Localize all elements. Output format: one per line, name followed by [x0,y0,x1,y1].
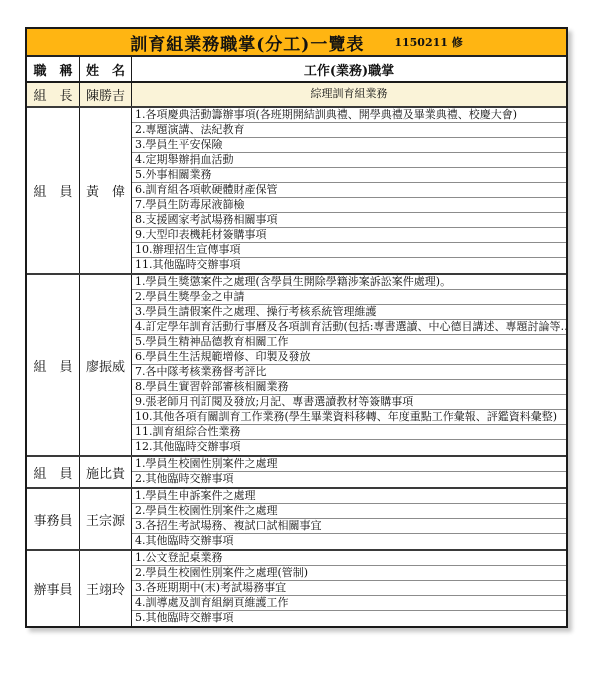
duty-list: 1.各項慶典活動籌辦事項(各班期開結訓典禮、開學典禮及畢業典禮、校慶大會)2.專… [132,108,566,273]
duty-item: 3.學員生平安保險 [132,138,566,153]
header-duties: 工作(業務)職掌 [132,57,566,81]
duty-item: 8.學員生實習幹部審核相關業務 [132,380,566,395]
table-body: 組 長陳勝吉綜理訓育組業務組 員黃 偉1.各項慶典活動籌辦事項(各班期開結訓典禮… [27,83,566,626]
role-cell: 組 長 [27,83,80,106]
duty-list: 1.學員生獎懲案件之處理(含學員生開除學籍涉案訴訟案件處理)。2.學員生獎學金之… [132,275,566,455]
name-cell: 廖振威 [80,275,132,455]
role-cell: 組 員 [27,108,80,273]
duty-item: 5.外事相關業務 [132,168,566,183]
duty-item: 3.學員生請假案件之處理、操行考核系統管理維護 [132,305,566,320]
duty-item: 9.張老師月刊訂閱及發放;月記、專書選讀教材等簽購事項 [132,395,566,410]
duty-table: 訓育組業務職掌(分工)一覽表 1150211 修 職 稱 姓 名 工作(業務)職… [25,27,568,628]
header-name: 姓 名 [80,57,132,81]
duty-item: 1.學員生校園性別案件之處理 [132,457,566,472]
page-title: 訓育組業務職掌(分工)一覽表 [130,30,364,55]
role-cell: 事務員 [27,489,80,549]
name-cell: 陳勝吉 [80,83,132,106]
duty-list: 1.學員生校園性別案件之處理2.其他臨時交辦事項 [132,457,566,487]
table-row: 組 員廖振威1.學員生獎懲案件之處理(含學員生開除學籍涉案訴訟案件處理)。2.學… [27,273,566,455]
table-header-row: 職 稱 姓 名 工作(業務)職掌 [27,57,566,83]
table-row: 組 長陳勝吉綜理訓育組業務 [27,83,566,106]
table-row: 組 員黃 偉1.各項慶典活動籌辦事項(各班期開結訓典禮、開學典禮及畢業典禮、校慶… [27,106,566,273]
name-cell: 王宗源 [80,489,132,549]
duty-item: 12.其他臨時交辦事項 [132,440,566,455]
duty-item: 2.學員生校園性別案件之處理 [132,504,566,519]
duty-item: 4.定期舉辦捐血活動 [132,153,566,168]
name-cell: 施比貴 [80,457,132,487]
duty-list: 1.公文登記桌業務2.學員生校園性別案件之處理(管制)3.各班期期中(末)考試場… [132,551,566,626]
duty-item: 6.學員生生活規範增修、印製及發放 [132,350,566,365]
duty-item: 6.訓育組各項軟硬體財產保管 [132,183,566,198]
duty-item: 7.各中隊考核業務督考評比 [132,365,566,380]
duty-item: 5.學員生精神品德教育相關工作 [132,335,566,350]
duty-item: 4.其他臨時交辦事項 [132,534,566,549]
duty-item: 3.各招生考試場務、複試口試相關事宜 [132,519,566,534]
duty-item: 3.各班期期中(末)考試場務事宜 [132,581,566,596]
duty-item: 2.學員生校園性別案件之處理(管制) [132,566,566,581]
header-role: 職 稱 [27,57,80,81]
duty-item: 8.支援國家考試場務相關事項 [132,213,566,228]
duty-item: 4.訂定學年訓育活動行事曆及各項訓育活動(包括:專書選讀、中心德目講述、專題討論… [132,320,566,335]
duty-item: 1.學員生申訴案件之處理 [132,489,566,504]
duty-item: 10.辦理招生宣傳事項 [132,243,566,258]
duty-item: 2.學員生獎學金之申請 [132,290,566,305]
table-row: 事務員王宗源1.學員生申訴案件之處理2.學員生校園性別案件之處理3.各招生考試場… [27,487,566,549]
duty-item: 10.其他各項有關訓育工作業務(學生畢業資料移轉、年度重點工作彙報、評鑑資料彙整… [132,410,566,425]
table-row: 辦事員王翊玲1.公文登記桌業務2.學員生校園性別案件之處理(管制)3.各班期期中… [27,549,566,626]
name-cell: 黃 偉 [80,108,132,273]
name-cell: 王翊玲 [80,551,132,626]
page: { "table": { "title": "訓育組業務職掌(分工)一覽表", … [0,0,612,700]
table-row: 組 員施比貴1.學員生校園性別案件之處理2.其他臨時交辦事項 [27,455,566,487]
duty-item: 7.學員生防毒尿液篩檢 [132,198,566,213]
role-cell: 組 員 [27,275,80,455]
role-cell: 組 員 [27,457,80,487]
duty-item: 4.訓導處及訓育組網頁維護工作 [132,596,566,611]
duty-list: 1.學員生申訴案件之處理2.學員生校園性別案件之處理3.各招生考試場務、複試口試… [132,489,566,549]
duty-item: 1.學員生獎懲案件之處理(含學員生開除學籍涉案訴訟案件處理)。 [132,275,566,290]
title-bar: 訓育組業務職掌(分工)一覽表 1150211 修 [27,29,566,57]
duty-item: 5.其他臨時交辦事項 [132,611,566,626]
duty-item: 11.訓育組綜合性業務 [132,425,566,440]
duty-item: 9.大型印表機耗材簽購事項 [132,228,566,243]
role-cell: 辦事員 [27,551,80,626]
duty-item: 2.其他臨時交辦事項 [132,472,566,487]
revision-label: 1150211 修 [394,34,462,50]
duty-list: 綜理訓育組業務 [132,83,566,106]
duty-item: 1.公文登記桌業務 [132,551,566,566]
duty-item: 11.其他臨時交辦事項 [132,258,566,273]
duty-item: 綜理訓育組業務 [132,83,566,106]
duty-item: 2.專題演講、法紀教育 [132,123,566,138]
duty-item: 1.各項慶典活動籌辦事項(各班期開結訓典禮、開學典禮及畢業典禮、校慶大會) [132,108,566,123]
